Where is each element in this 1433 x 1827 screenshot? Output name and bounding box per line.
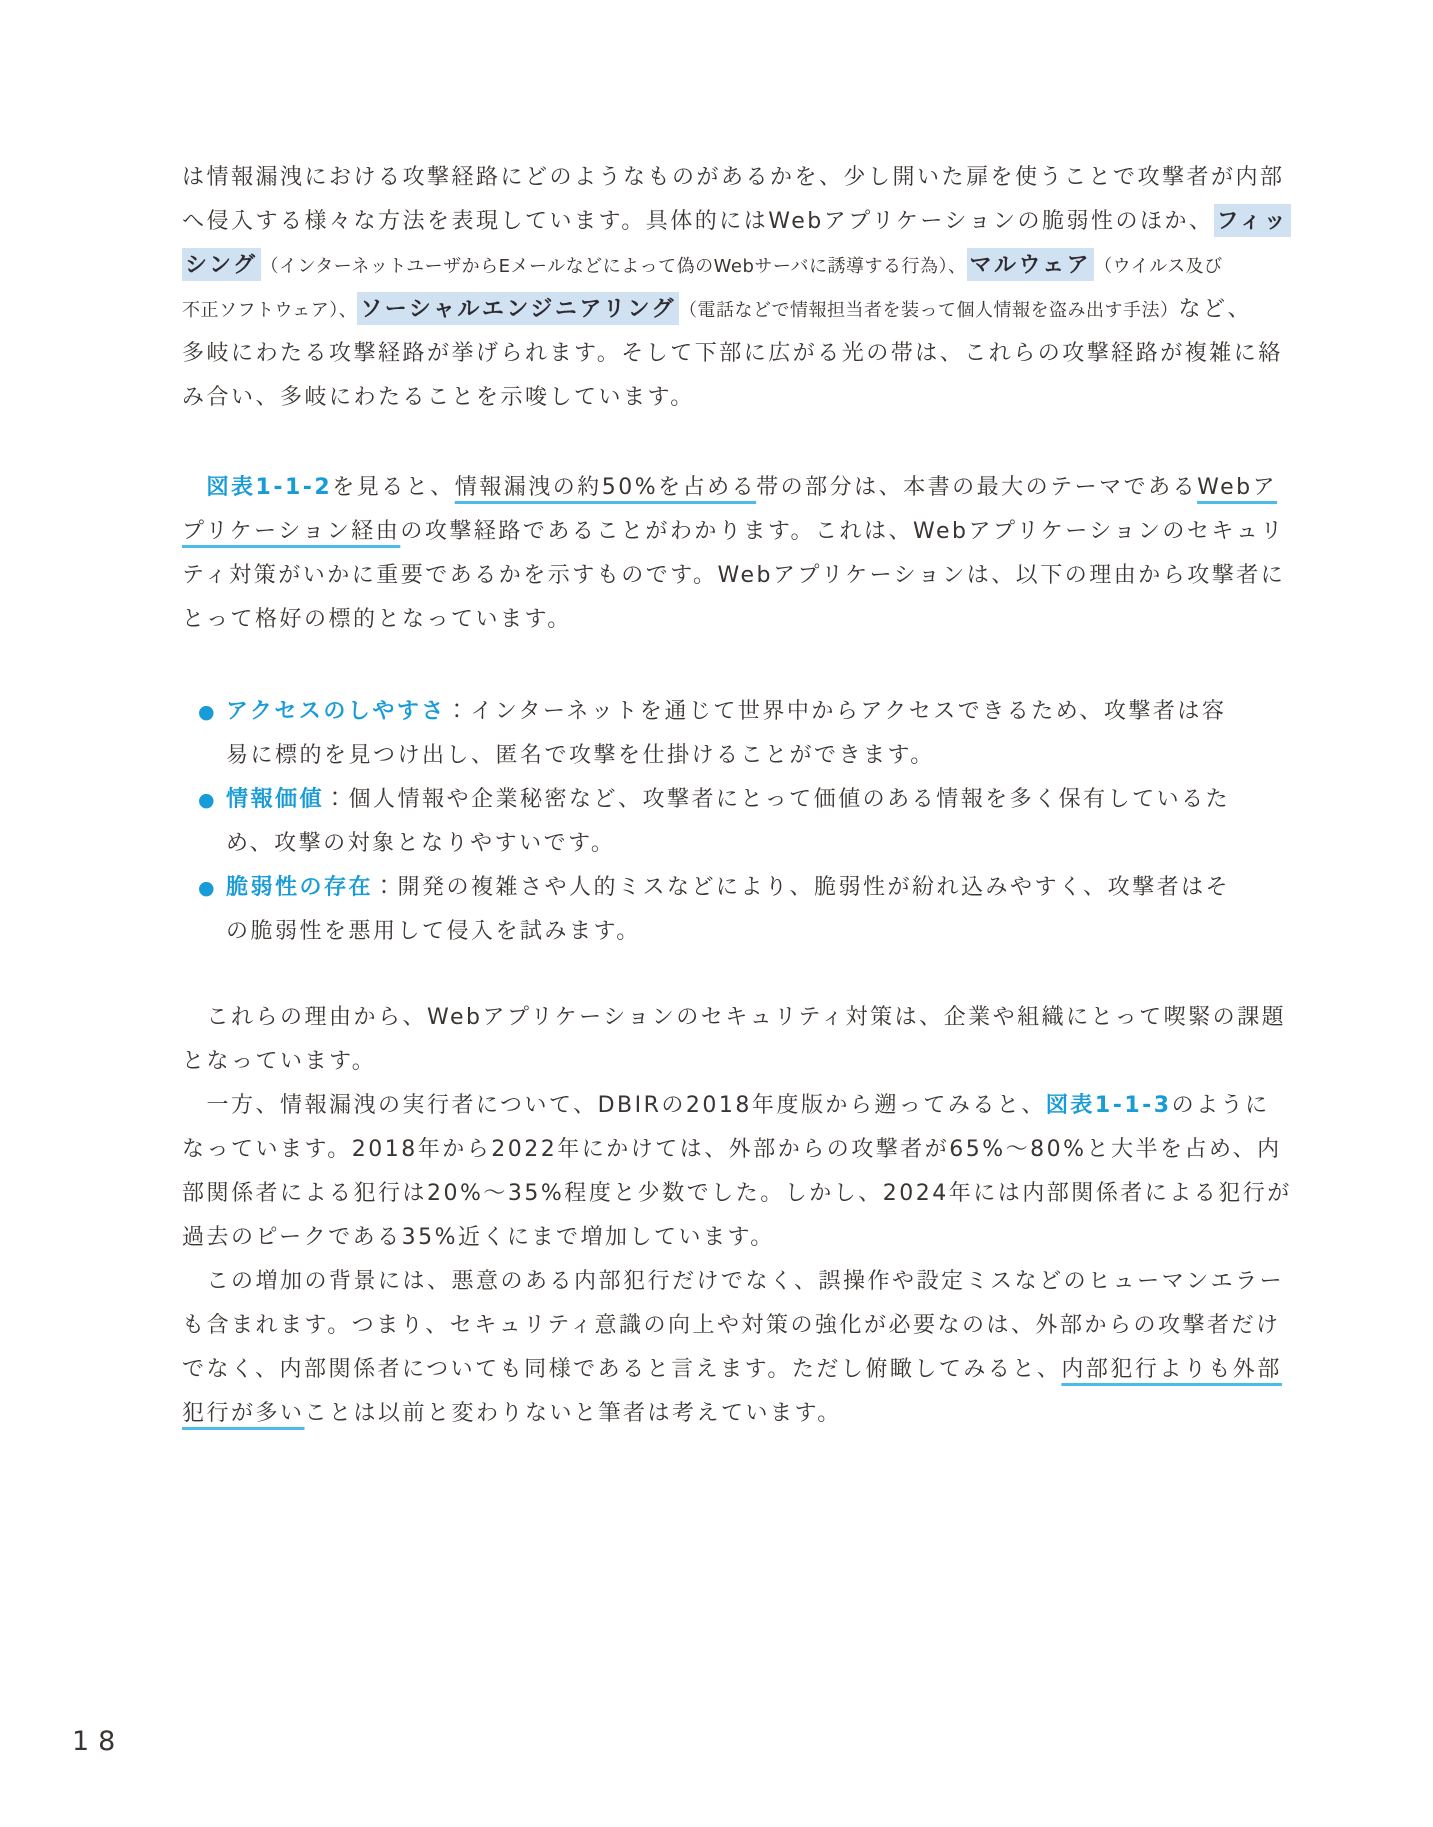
text-line: 図表1-1-2を見ると、情報漏洩の約50%を占める帯の部分は、本書の最大のテーマ… — [182, 466, 1302, 510]
text-content: は情報漏洩における攻撃経路にどのようなものがあるかを、少し開いた扉を使うことで攻… — [182, 156, 1302, 1436]
figure-ref-link[interactable]: 図表1-1-2 — [207, 475, 333, 500]
text-line: となっています。 — [182, 1040, 1302, 1084]
bullet-term: アクセスのしやすさ — [226, 699, 446, 724]
text-line: とって格好の標的となっています。 — [182, 598, 1302, 642]
text-line: 犯行が多いことは以前と変わりないと筆者は考えています。 — [182, 1392, 1302, 1436]
highlighted-term: ソーシャルエンジニアリング — [357, 292, 679, 325]
annotation-text: （インターネットユーザからEメールなどによって偽のWebサーバに誘導する行為）、 — [261, 256, 967, 277]
paragraph: この増加の背景には、悪意のある内部犯行だけでなく、誤操作や設定ミスなどのヒューマ… — [182, 1260, 1302, 1436]
bullet-icon: ● — [198, 866, 215, 910]
paragraph: 一方、情報漏洩の実行者について、DBIRの2018年度版から遡ってみると、図表1… — [182, 1084, 1302, 1260]
text-run: の攻撃経路であることがわかります。これは、Webアプリケーションのセキュリ — [400, 519, 1285, 544]
text-run: など、 — [1179, 297, 1253, 322]
text-run: を見ると、 — [332, 475, 455, 500]
text-run: これらの理由から、Webアプリケーションのセキュリティ対策は、企業や組織にとって… — [182, 1005, 1286, 1030]
text-line: め、攻撃の対象となりやすいです。 — [226, 822, 1302, 866]
text-line: へ侵入する様々な方法を表現しています。具体的にはWebアプリケーションの脆弱性の… — [182, 200, 1302, 244]
paragraph: これらの理由から、Webアプリケーションのセキュリティ対策は、企業や組織にとって… — [182, 996, 1302, 1084]
text-run: も含まれます。つまり、セキュリティ意識の向上や対策の強化が必要なのは、外部からの… — [182, 1313, 1281, 1338]
annotation-text: 不正ソフトウェア）、 — [182, 300, 357, 321]
text-run: のように — [1172, 1093, 1270, 1118]
bullet-term: 脆弱性の存在 — [226, 875, 373, 900]
text-line: なっています。2018年から2022年にかけては、外部からの攻撃者が65%〜80… — [182, 1128, 1302, 1172]
underlined-text: 内部犯行よりも外部 — [1061, 1357, 1282, 1382]
text-run: 部関係者による犯行は20%〜35%程度と少数でした。しかし、2024年には内部関… — [182, 1181, 1292, 1206]
text-line: これらの理由から、Webアプリケーションのセキュリティ対策は、企業や組織にとって… — [182, 996, 1302, 1040]
bullet-item: ●情報価値：個人情報や企業秘密など、攻撃者にとって価値のある情報を多く保有してい… — [182, 778, 1302, 866]
text-run: ：インターネットを通じて世界中からアクセスできるため、攻撃者は容 — [446, 699, 1226, 724]
text-run: でなく、内部関係者についても同様であると言えます。ただし俯瞰してみると、 — [182, 1357, 1061, 1382]
text-line: ティ対策がいかに重要であるかを示すものです。Webアプリケーションは、以下の理由… — [182, 554, 1302, 598]
text-line: アクセスのしやすさ：インターネットを通じて世界中からアクセスできるため、攻撃者は… — [226, 690, 1302, 734]
text-run: とって格好の標的となっています。 — [182, 607, 572, 632]
book-page: は情報漏洩における攻撃経路にどのようなものがあるかを、少し開いた扉を使うことで攻… — [0, 0, 1433, 1827]
text-line: 易に標的を見つけ出し、匿名で攻撃を仕掛けることができます。 — [226, 734, 1302, 778]
text-run: この増加の背景には、悪意のある内部犯行だけでなく、誤操作や設定ミスなどのヒューマ… — [182, 1269, 1284, 1294]
text-line: み合い、多岐にわたることを示唆しています。 — [182, 376, 1302, 420]
text-line: 過去のピークである35%近くにまで増加しています。 — [182, 1216, 1302, 1260]
text-run: 過去のピークである35%近くにまで増加しています。 — [182, 1225, 775, 1250]
text-line: 多岐にわたる攻撃経路が挙げられます。そして下部に広がる光の帯は、これらの攻撃経路… — [182, 332, 1302, 376]
text-line: の脆弱性を悪用して侵入を試みます。 — [226, 910, 1302, 954]
text-run: み合い、多岐にわたることを示唆しています。 — [182, 385, 695, 410]
text-run: ：個人情報や企業秘密など、攻撃者にとって価値のある情報を多く保有しているた — [324, 787, 1230, 812]
underlined-text: プリケーション経由 — [182, 519, 400, 544]
text-run: ：開発の複雑さや人的ミスなどにより、脆弱性が紛れ込みやすく、攻撃者はそ — [373, 875, 1230, 900]
text-line: 部関係者による犯行は20%〜35%程度と少数でした。しかし、2024年には内部関… — [182, 1172, 1302, 1216]
text-run: なっています。2018年から2022年にかけては、外部からの攻撃者が65%〜80… — [182, 1137, 1282, 1162]
paragraph: は情報漏洩における攻撃経路にどのようなものがあるかを、少し開いた扉を使うことで攻… — [182, 156, 1302, 420]
text-run: ティ対策がいかに重要であるかを示すものです。Webアプリケーションは、以下の理由… — [182, 563, 1285, 588]
highlighted-term: フィッ — [1214, 204, 1292, 237]
text-line: 脆弱性の存在：開発の複雑さや人的ミスなどにより、脆弱性が紛れ込みやすく、攻撃者は… — [226, 866, 1302, 910]
figure-ref-link[interactable]: 図表1-1-3 — [1046, 1093, 1172, 1118]
underlined-text: 犯行が多い — [182, 1401, 305, 1426]
text-run: の脆弱性を悪用して侵入を試みます。 — [226, 919, 641, 944]
bullet-icon: ● — [198, 690, 215, 734]
paragraph: 図表1-1-2を見ると、情報漏洩の約50%を占める帯の部分は、本書の最大のテーマ… — [182, 466, 1302, 642]
text-run: 易に標的を見つけ出し、匿名で攻撃を仕掛けることができます。 — [226, 743, 935, 768]
highlighted-term: シング — [182, 248, 261, 281]
text-line: 不正ソフトウェア）、ソーシャルエンジニアリング（電話などで情報担当者を装って個人… — [182, 288, 1302, 332]
text-line: は情報漏洩における攻撃経路にどのようなものがあるかを、少し開いた扉を使うことで攻… — [182, 156, 1302, 200]
text-run: 多岐にわたる攻撃経路が挙げられます。そして下部に広がる光の帯は、これらの攻撃経路… — [182, 341, 1283, 366]
text-line: 一方、情報漏洩の実行者について、DBIRの2018年度版から遡ってみると、図表1… — [182, 1084, 1302, 1128]
text-run: へ侵入する様々な方法を表現しています。具体的にはWebアプリケーションの脆弱性の… — [182, 209, 1214, 234]
annotation-text: （電話などで情報担当者を装って個人情報を盗み出す手法） — [679, 300, 1179, 321]
text-run: め、攻撃の対象となりやすいです。 — [226, 831, 615, 856]
text-run: 帯の部分は、本書の最大のテーマである — [756, 475, 1197, 500]
text-run: は情報漏洩における攻撃経路にどのようなものがあるかを、少し開いた扉を使うことで攻… — [182, 165, 1285, 190]
bullet-icon: ● — [198, 778, 215, 822]
text-run — [182, 475, 207, 500]
text-run: 一方、情報漏洩の実行者について、DBIRの2018年度版から遡ってみると、 — [182, 1093, 1046, 1118]
underlined-text: Webア — [1197, 475, 1277, 500]
bullet-term: 情報価値 — [226, 787, 324, 812]
text-line: シング（インターネットユーザからEメールなどによって偽のWebサーバに誘導する行… — [182, 244, 1302, 288]
page-number: 18 — [72, 1726, 124, 1757]
text-line: 情報価値：個人情報や企業秘密など、攻撃者にとって価値のある情報を多く保有している… — [226, 778, 1302, 822]
text-line: でなく、内部関係者についても同様であると言えます。ただし俯瞰してみると、内部犯行… — [182, 1348, 1302, 1392]
text-line: この増加の背景には、悪意のある内部犯行だけでなく、誤操作や設定ミスなどのヒューマ… — [182, 1260, 1302, 1304]
text-run: ことは以前と変わりないと筆者は考えています。 — [305, 1401, 842, 1426]
bullet-item: ●脆弱性の存在：開発の複雑さや人的ミスなどにより、脆弱性が紛れ込みやすく、攻撃者… — [182, 866, 1302, 954]
bullet-item: ●アクセスのしやすさ：インターネットを通じて世界中からアクセスできるため、攻撃者… — [182, 690, 1302, 778]
annotation-text: （ウイルス及び — [1094, 256, 1222, 277]
text-line: も含まれます。つまり、セキュリティ意識の向上や対策の強化が必要なのは、外部からの… — [182, 1304, 1302, 1348]
text-line: プリケーション経由の攻撃経路であることがわかります。これは、Webアプリケーショ… — [182, 510, 1302, 554]
highlighted-term: マルウェア — [967, 248, 1095, 281]
underlined-text: 情報漏洩の約50%を占める — [455, 475, 756, 500]
text-run: となっています。 — [182, 1049, 376, 1074]
